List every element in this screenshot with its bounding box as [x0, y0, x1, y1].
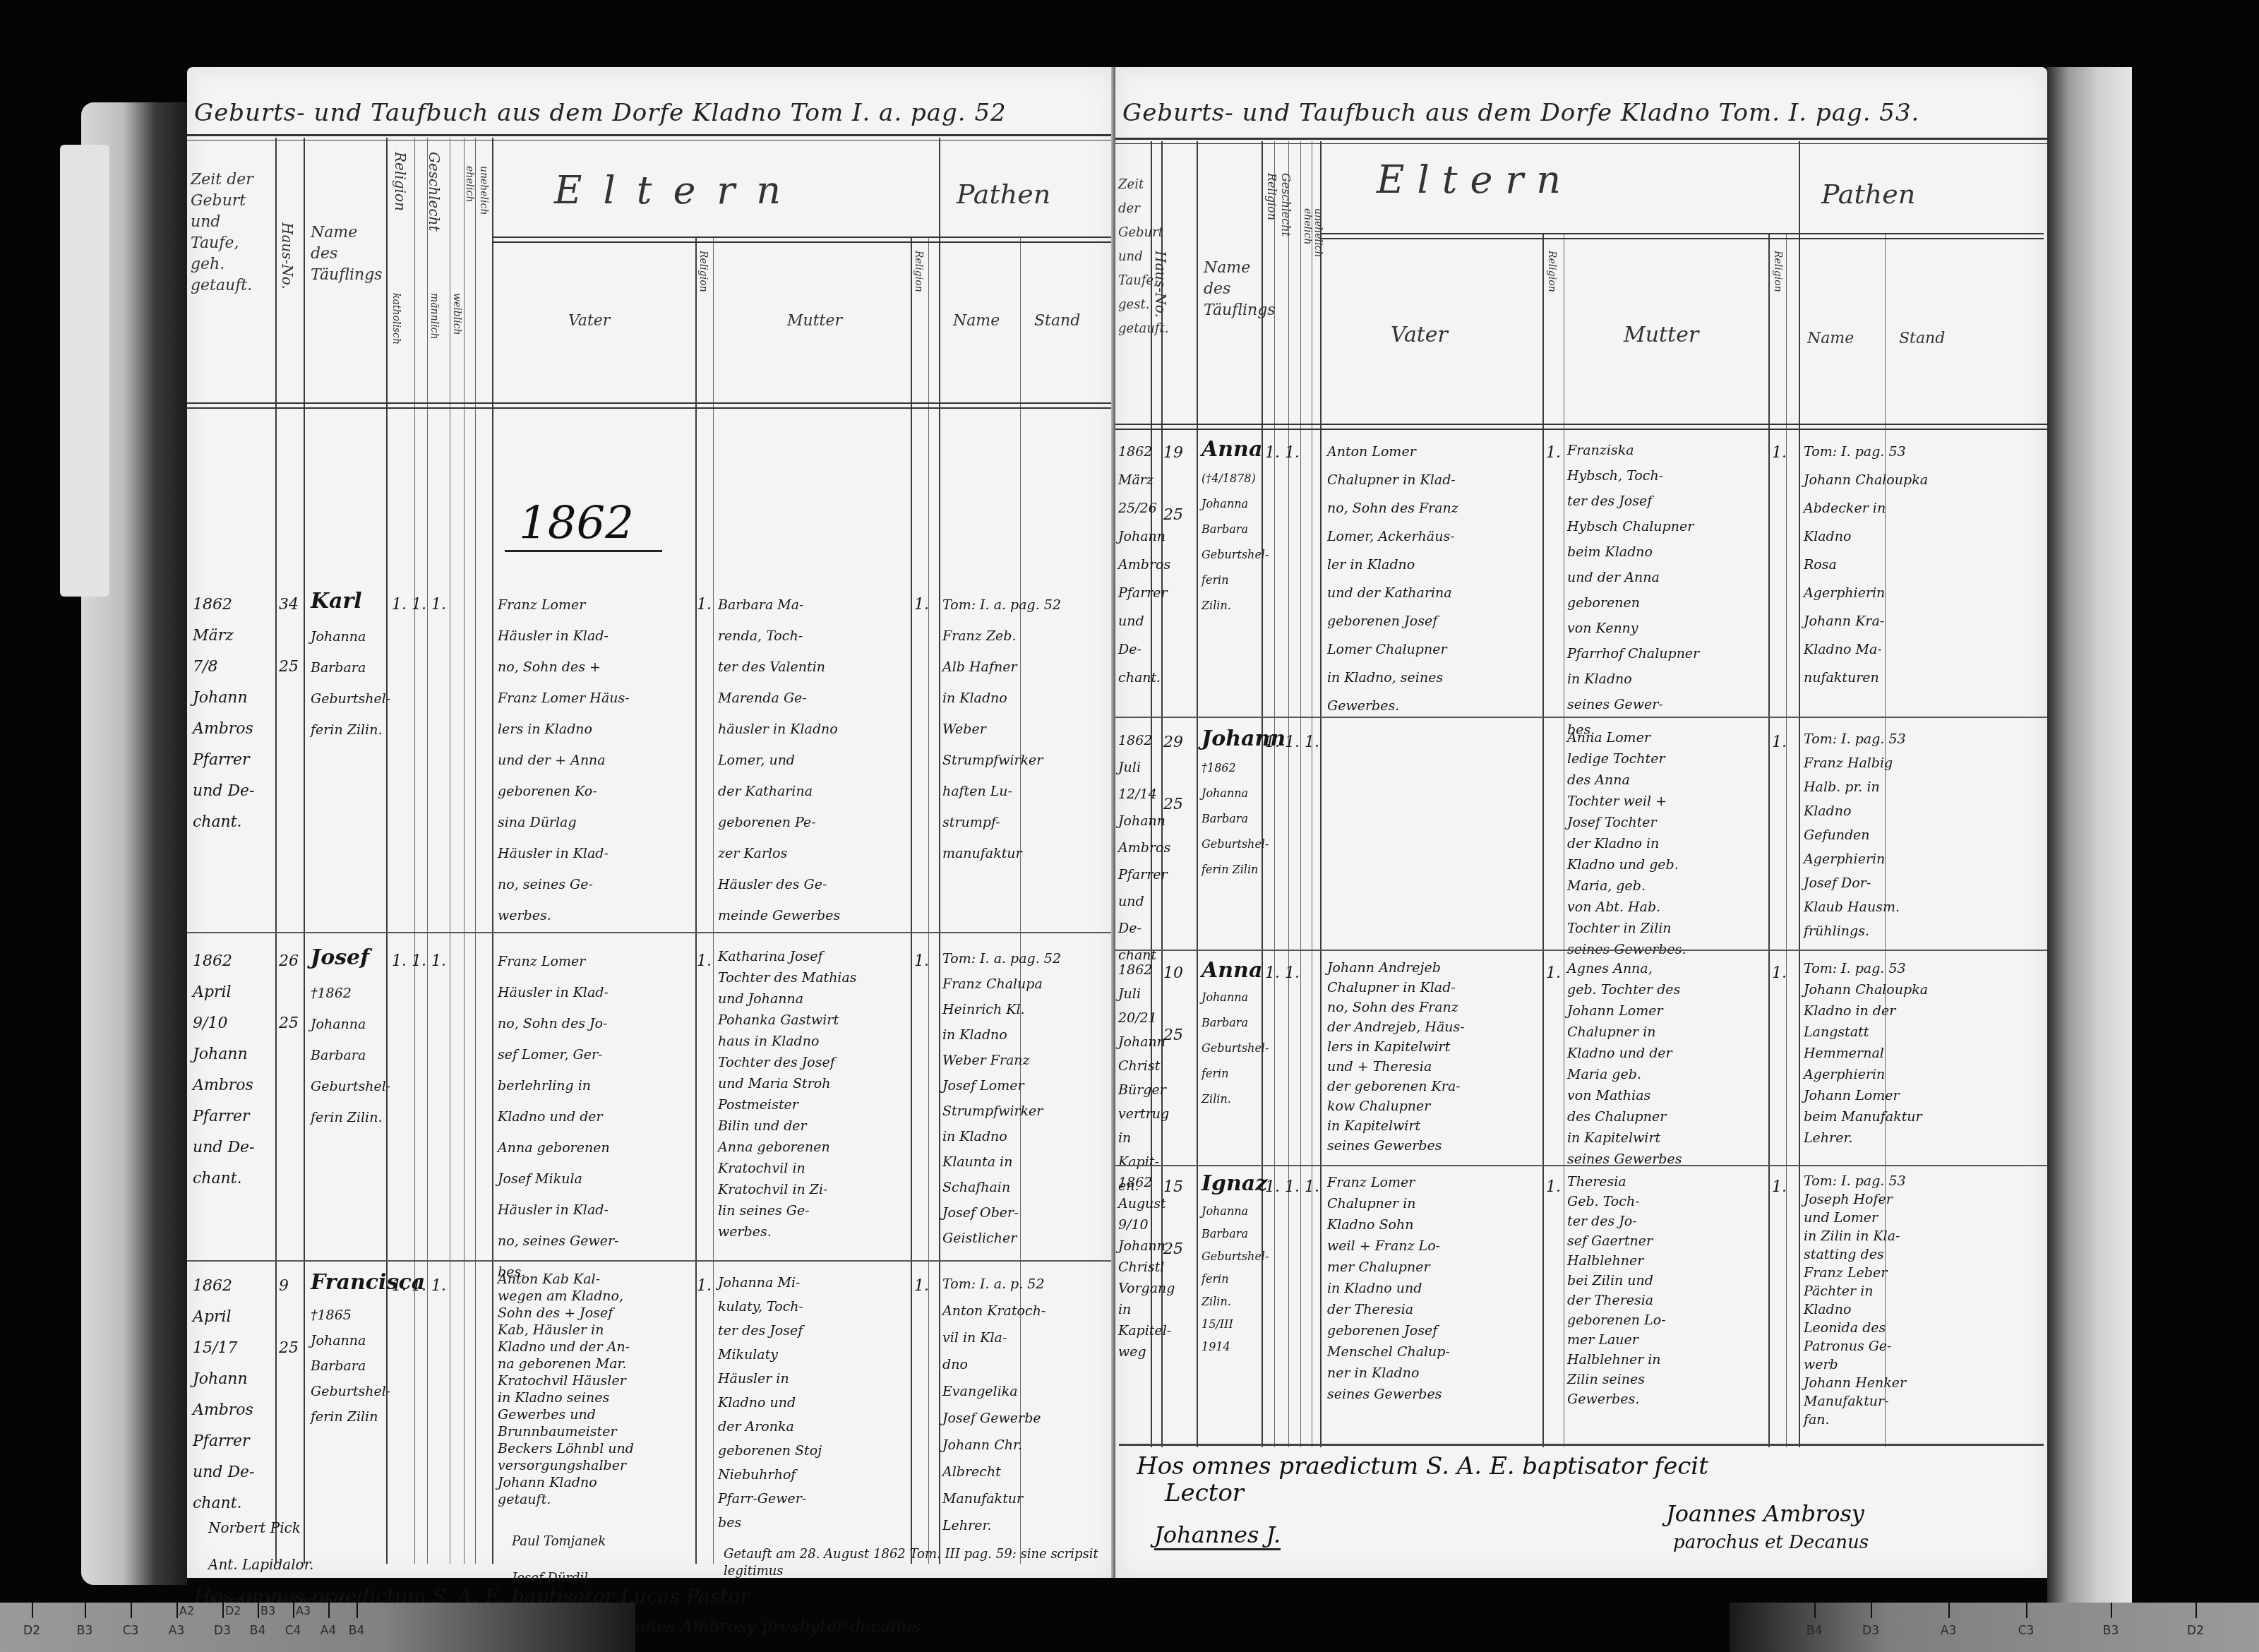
- book-edge-left: [81, 102, 187, 1585]
- ruler-tick: [32, 1603, 33, 1618]
- entry-separator: [1115, 1165, 2047, 1166]
- entry-father: Franz Lomer Chalupner in Kladno Sohn wei…: [1327, 1172, 1539, 1405]
- header-mother-religion: Religion: [913, 251, 924, 292]
- title-rule: [1115, 138, 2047, 144]
- header-religion: Religion: [392, 152, 409, 211]
- header-religion: Religion: [1265, 173, 1278, 220]
- witness-signature: Johannes J.: [1154, 1521, 1281, 1550]
- ruler-tick: [222, 1603, 224, 1618]
- entry-midwife: (†4/1878) Johanna Barbara Geburtshel- fe…: [1202, 466, 1262, 618]
- entry-marks: 1. 1. 1.: [1265, 727, 1319, 758]
- year-marker: 1862: [505, 498, 662, 552]
- column-divider: [713, 237, 714, 1564]
- header-legitimate: ehelich: [1302, 208, 1313, 244]
- ruler-label: A4: [320, 1624, 336, 1638]
- right-page: Geburts- und Taufbuch aus dem Dorfe Klad…: [1115, 67, 2047, 1578]
- entry-child-name: Anna: [1202, 955, 1262, 986]
- entry-house: 26 25: [279, 946, 299, 1039]
- ruler-label: B3: [2103, 1624, 2119, 1638]
- column-divider: [1288, 141, 1289, 1447]
- header-bottom-rule: [187, 402, 1113, 409]
- header-godparent-name: Name: [1807, 328, 1854, 349]
- entry-father-religion: 1.: [697, 946, 712, 977]
- entry-mother-religion: 1.: [1772, 958, 1787, 989]
- header-subrule: [1320, 233, 2044, 239]
- header-time: Zeit der Geburt und Taufe, geh. getauft.: [191, 169, 272, 297]
- entry-father: Anton Kab Kal- wegen am Kladno, Sohn des…: [498, 1271, 692, 1508]
- header-time: Zeit der Geburt und Taufe, gest. getauft…: [1118, 173, 1152, 341]
- entry-marks: 1. 1.: [1265, 438, 1300, 469]
- entry-house: 19 25: [1163, 438, 1183, 531]
- ruler-tick: [176, 1603, 178, 1618]
- entry-father-religion: 1.: [697, 589, 712, 621]
- entry-father: Johann Andrejeb Chalupner in Klad- no, S…: [1327, 958, 1539, 1156]
- column-divider: [1320, 141, 1322, 1447]
- ruler-tick: [85, 1603, 86, 1618]
- ruler-label: A3: [296, 1604, 311, 1617]
- entry-father-religion: 1.: [1546, 1172, 1561, 1203]
- column-divider: [450, 138, 450, 1564]
- ruler-tick: [131, 1603, 132, 1618]
- column-divider: [1799, 141, 1800, 1447]
- page-title-left: Geburts- und Taufbuch aus dem Dorfe Klad…: [194, 99, 1007, 127]
- entry-marks: 1. 1. 1.: [392, 946, 446, 977]
- header-godparent-name: Name: [953, 311, 1000, 332]
- column-divider: [695, 237, 697, 1564]
- ruler-label: C3: [123, 1624, 139, 1638]
- header-female: weiblich: [451, 293, 462, 335]
- entry-marks: 1. 1.: [1265, 958, 1300, 989]
- entry-mother-religion: 1.: [1772, 438, 1787, 469]
- entry-mother-religion: 1.: [914, 589, 929, 621]
- title-rule: [187, 134, 1115, 140]
- ruler-label: B3: [77, 1624, 92, 1638]
- column-divider: [1274, 141, 1275, 1447]
- entry-mother-religion: 1.: [914, 946, 929, 977]
- entry-godparent: Tom: I. pag. 53 Johann Chaloupka Kladno …: [1804, 958, 2044, 1149]
- column-divider: [492, 138, 493, 1564]
- header-catholic: katholisch: [390, 293, 402, 345]
- header-godparent-status: Stand: [1899, 328, 1945, 349]
- header-mother-religion: Religion: [1772, 251, 1783, 292]
- entry-child-name: Anna: [1202, 434, 1262, 465]
- ruler-label: B4: [349, 1624, 364, 1638]
- column-divider: [1786, 233, 1787, 1447]
- header-sex: Geschlecht: [1279, 173, 1293, 237]
- entry-father-religion: 1.: [1546, 958, 1561, 989]
- header-godparents: Pathen: [1821, 184, 1915, 205]
- left-page: Geburts- und Taufbuch aus dem Dorfe Klad…: [187, 67, 1115, 1578]
- entry-godparent: Tom: I. a. pag. 52 Franz Chalupa Heinric…: [942, 946, 1112, 1251]
- entry-date: 1862 Juli 12/14 Johann Ambros Pfarrer un…: [1118, 727, 1152, 969]
- entry-date: 1862 August 9/10 Johann Christl Vorgang …: [1118, 1172, 1152, 1363]
- entry-godparent: Tom: I. pag. 53 Johann Chaloupka Abdecke…: [1804, 438, 2044, 692]
- column-divider: [414, 138, 415, 1564]
- entry-godparent: Tom: I. pag. 53 Franz Halbig Halb. pr. i…: [1804, 727, 2044, 943]
- header-sex: Geschlecht: [426, 152, 443, 232]
- column-divider: [1197, 141, 1198, 1447]
- ruler-tick: [2195, 1603, 2197, 1618]
- ruler-label: A2: [179, 1604, 194, 1617]
- ruler-label: A3: [1941, 1624, 1956, 1638]
- column-divider: [939, 138, 940, 1564]
- ruler-label: D2: [23, 1624, 40, 1638]
- ruler-label: B3: [260, 1604, 275, 1617]
- header-bottom-rule: [1115, 424, 2047, 430]
- entry-separator: [187, 1260, 1113, 1262]
- book-edge-right: [2047, 67, 2132, 1606]
- note-line: Josef Dürdil: [512, 1571, 588, 1586]
- ruler-label: D2: [2187, 1624, 2204, 1638]
- column-divider: [911, 237, 912, 1564]
- entry-house: 15 25: [1163, 1172, 1183, 1265]
- entry-child-name: Ignaz: [1202, 1168, 1267, 1199]
- header-name: Name des Täuflings: [311, 222, 381, 286]
- entry-house: 34 25: [279, 589, 299, 683]
- header-legitimate: ehelich: [464, 166, 475, 202]
- header-godparents: Pathen: [957, 184, 1050, 205]
- header-parents: Eltern: [554, 180, 802, 201]
- entry-godparent: Tom: I. a. pag. 52 Franz Zeb. Alb Hafner…: [942, 589, 1112, 869]
- entry-midwife: †1862 Johanna Barbara Geburtshel- ferin …: [1202, 755, 1262, 882]
- pastor-signature: Joannes Ambrosy: [1666, 1500, 1864, 1527]
- ruler-tick: [293, 1603, 294, 1618]
- entry-midwife: Johanna Barbara Geburtshel- ferin Zilin.: [311, 621, 388, 746]
- page-title-right: Geburts- und Taufbuch aus dem Dorfe Klad…: [1122, 99, 1919, 127]
- header-father: Vater: [1391, 325, 1448, 346]
- ruler-tick: [1948, 1603, 1950, 1618]
- column-divider: [1564, 233, 1564, 1447]
- note-line: Paul Tomjanek: [512, 1534, 606, 1549]
- column-divider: [1768, 233, 1770, 1447]
- entry-midwife: Johanna Barbara Geburtshel- ferin Zilin.…: [1202, 1200, 1262, 1358]
- ruler-label: D2: [225, 1604, 241, 1617]
- entry-godparent: Tom: I. pag. 53 Joseph Hofer und Lomer i…: [1804, 1172, 2044, 1429]
- closing-statement: Hos omnes praedictum S. A. E. baptisator…: [1137, 1452, 1708, 1480]
- entry-mother: Franziska Hybsch, Toch- ter des Josef Hy…: [1567, 438, 1765, 743]
- ruler-tick: [356, 1603, 358, 1618]
- ruler-label: D3: [1862, 1624, 1879, 1638]
- entry-separator: [1115, 950, 2047, 951]
- ruler-label: C3: [2018, 1624, 2035, 1638]
- entry-date: 1862 März 25/26 Johann Ambros Pfarrer un…: [1118, 438, 1152, 692]
- entry-father: Franz Lomer Häusler in Klad- no, Sohn de…: [498, 946, 692, 1288]
- entry-midwife: Johanna Barbara Geburtshel- ferin Zilin.: [1202, 985, 1262, 1112]
- entry-marks: 1. 1. 1.: [392, 1271, 446, 1302]
- entry-godparent: Tom: I. a. p. 52 Anton Kratoch- vil in K…: [942, 1271, 1112, 1539]
- ruler-tick: [2111, 1603, 2112, 1618]
- entry-date: 1862 April 9/10 Johann Ambros Pfarrer un…: [193, 946, 276, 1195]
- page-tab: [60, 145, 109, 597]
- column-divider: [928, 237, 929, 1564]
- entry-mother-religion: 1.: [1772, 727, 1787, 758]
- microfilm-ruler-left: D2B3C3A3D3B4C4A4B4A2D2B3A3: [0, 1603, 635, 1652]
- ruler-tick: [2026, 1603, 2027, 1618]
- entry-midwife: †1865 Johanna Barbara Geburtshel- ferin …: [311, 1303, 388, 1430]
- entry-mother: Theresia Geb. Toch- ter des Jo- sef Gaer…: [1567, 1172, 1765, 1409]
- entry-midwife: †1862 Johanna Barbara Geburtshel- ferin …: [311, 978, 388, 1133]
- entry-father: Franz Lomer Häusler in Klad- no, Sohn de…: [498, 589, 692, 931]
- entry-house: 10 25: [1163, 958, 1183, 1051]
- ruler-label: B4: [250, 1624, 265, 1638]
- column-divider: [1300, 141, 1301, 1447]
- closing-rule: [1119, 1444, 2044, 1446]
- entry-house: 9 25: [279, 1271, 299, 1364]
- header-godparent-status: Stand: [1034, 311, 1080, 332]
- column-divider: [427, 138, 428, 1564]
- ruler-tick: [1871, 1603, 1872, 1618]
- entry-separator: [1115, 717, 2047, 718]
- entry-father-religion: 1.: [697, 1271, 712, 1302]
- header-subrule: [492, 237, 1113, 243]
- header-illegitimate: unehelich: [478, 166, 489, 215]
- entry-marks: 1. 1. 1.: [1265, 1172, 1319, 1203]
- header-parents: Eltern: [1377, 169, 1574, 191]
- note-line: Norbert Pick: [208, 1519, 301, 1536]
- entry-child-name: Karl: [311, 586, 362, 617]
- entry-mother: Barbara Ma- renda, Toch- ter des Valenti…: [718, 589, 909, 931]
- entry-mother-religion: 1.: [1772, 1172, 1787, 1203]
- header-mother: Mutter: [787, 311, 842, 332]
- ruler-label: A3: [169, 1624, 184, 1638]
- ruler-label: B4: [1806, 1624, 1822, 1638]
- entry-mother: Anna Lomer ledige Tochter des Anna Tocht…: [1567, 727, 1765, 960]
- header-father-religion: Religion: [1546, 251, 1557, 292]
- entry-house: 29 25: [1163, 727, 1183, 820]
- entry-mother: Johanna Mi- kulaty, Toch- ter des Josef …: [718, 1271, 909, 1535]
- entry-mother-religion: 1.: [914, 1271, 929, 1302]
- header-name: Name des Täuflings: [1204, 258, 1260, 321]
- ruler-label: D3: [214, 1624, 231, 1638]
- entry-mother: Katharina Josef Tochter des Mathias und …: [718, 946, 909, 1243]
- note-line: Ant. Lapidalor.: [208, 1556, 313, 1573]
- column-divider: [304, 138, 305, 1564]
- entry-date: 1862 April 15/17 Johann Ambros Pfarrer u…: [193, 1271, 276, 1519]
- header-father: Vater: [568, 311, 610, 332]
- entry-date: 1862 Juli 20/21 Johann Christ Bürger ver…: [1118, 958, 1152, 1198]
- header-illegitimate: unehelich: [1312, 208, 1324, 257]
- header-house-no: Haus-No.: [1152, 251, 1169, 318]
- entry-child-name: Josef: [311, 942, 369, 974]
- ruler-tick: [258, 1603, 259, 1618]
- column-divider: [1542, 233, 1544, 1447]
- column-divider: [464, 138, 465, 1564]
- microfilm-ruler-right: B4D3A3C3B3D2: [1730, 1603, 2259, 1652]
- entry-marks: 1. 1. 1.: [392, 589, 446, 621]
- ruler-tick: [1814, 1603, 1816, 1618]
- pastor-title: parochus et Decanus: [1673, 1532, 1869, 1553]
- column-divider: [475, 138, 476, 1564]
- ruler-label: C4: [285, 1624, 301, 1638]
- closing-statement-lector: Lector: [1165, 1479, 1244, 1507]
- header-mother: Mutter: [1624, 325, 1698, 346]
- column-divider: [1312, 141, 1312, 1447]
- entry-mother: Agnes Anna, geb. Tochter des Johann Lome…: [1567, 958, 1765, 1170]
- header-father-religion: Religion: [697, 251, 709, 292]
- entry-father-religion: 1.: [1546, 438, 1561, 469]
- entry-separator: [187, 932, 1113, 933]
- ruler-tick: [328, 1603, 330, 1618]
- entry-father: Anton Lomer Chalupner in Klad- no, Sohn …: [1327, 438, 1539, 720]
- entry-date: 1862 März 7/8 Johann Ambros Pfarrer und …: [193, 589, 276, 838]
- header-male: männlich: [429, 293, 440, 339]
- baptism-note: Getauft am 28. August 1862 Tom. III pag.…: [724, 1546, 1105, 1580]
- header-house-no: Haus-No.: [279, 222, 296, 289]
- pastor-signature: Johannes Ambrosy presbyter decanus: [597, 1617, 921, 1636]
